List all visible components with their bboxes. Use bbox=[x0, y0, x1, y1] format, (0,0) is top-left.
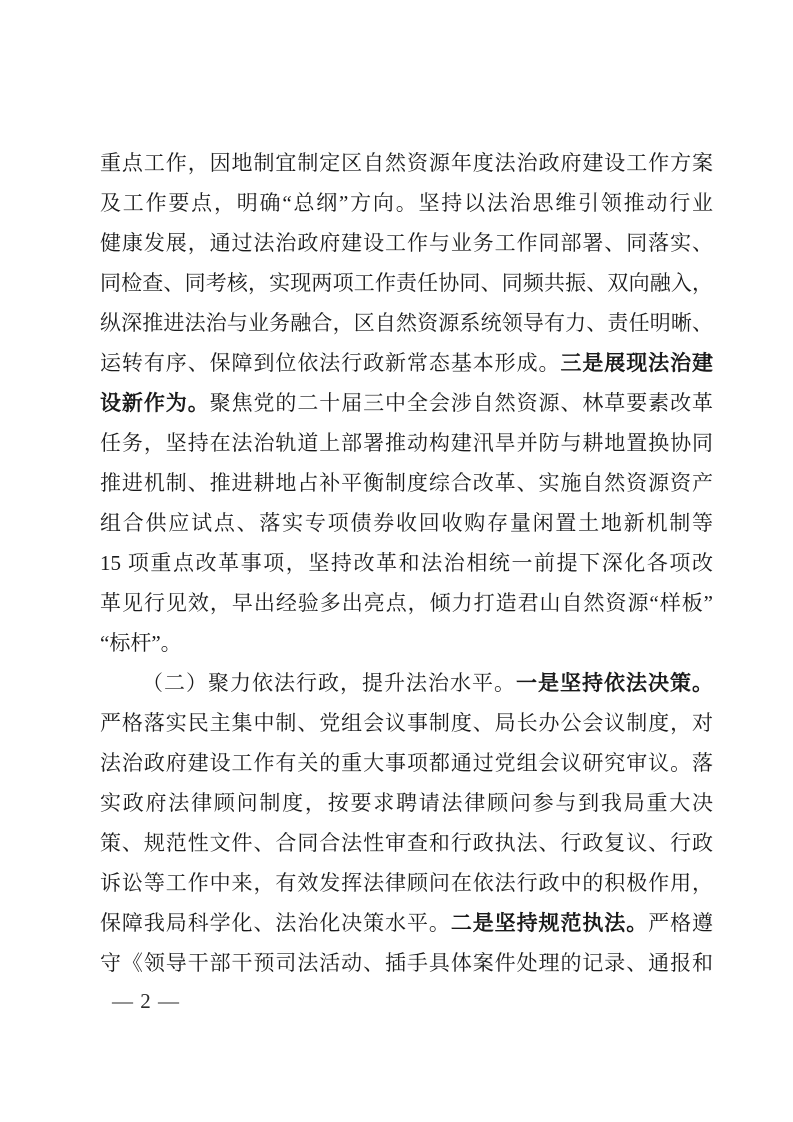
text-segment: 运转有序、保障到位依法行政新常态基本形成。 bbox=[100, 351, 560, 375]
text-line: 设新作为。聚焦党的二十届三中全会涉自然资源、林草要素改革 bbox=[100, 383, 713, 423]
text-segment: 设新作为。 bbox=[100, 391, 210, 415]
text-segment: “标杆”。 bbox=[100, 631, 182, 655]
text-segment: 聚焦党的二十届三中全会涉自然资源、林草要素改革 bbox=[210, 391, 713, 415]
text-segment: 健康发展，通过法治政府建设工作与业务工作同部署、同落实、 bbox=[100, 231, 713, 255]
page-footer: — 2 — bbox=[112, 988, 180, 1014]
text-segment: 15 项重点改革事项，坚持改革和法治相统一前提下深化各项改 bbox=[100, 551, 713, 575]
text-line: 重点工作，因地制宜制定区自然资源年度法治政府建设工作方案 bbox=[100, 143, 713, 183]
text-line: 及工作要点，明确“总纲”方向。坚持以法治思维引领推动行业 bbox=[100, 183, 713, 223]
text-line: 革见行见效，早出经验多出亮点，倾力打造君山自然资源“样板” bbox=[100, 583, 713, 623]
text-line: 实政府法律顾问制度，按要求聘请法律顾问参与到我局重大决 bbox=[100, 783, 713, 823]
text-segment: 任务，坚持在法治轨道上部署推动构建汛旱并防与耕地置换协同 bbox=[100, 431, 713, 455]
text-segment: 守《领导干部干预司法活动、插手具体案件处理的记录、通报和 bbox=[100, 951, 713, 975]
page-number: — 2 — bbox=[112, 989, 180, 1013]
text-segment: （二）聚力依法行政，提升法治水平。 bbox=[142, 671, 516, 695]
text-line: 守《领导干部干预司法活动、插手具体案件处理的记录、通报和 bbox=[100, 943, 713, 983]
body-text: 重点工作，因地制宜制定区自然资源年度法治政府建设工作方案及工作要点，明确“总纲”… bbox=[100, 143, 713, 983]
text-segment: 一是坚持依法决策。 bbox=[516, 671, 713, 695]
text-line: 诉讼等工作中来，有效发挥法律顾问在依法行政中的积极作用， bbox=[100, 863, 713, 903]
text-segment: 实政府法律顾问制度，按要求聘请法律顾问参与到我局重大决 bbox=[100, 791, 713, 815]
text-segment: 组合供应试点、落实专项债券收回收购存量闲置土地新机制等 bbox=[100, 511, 713, 535]
text-segment: 诉讼等工作中来，有效发挥法律顾问在依法行政中的积极作用， bbox=[100, 871, 713, 895]
text-line: 推进机制、推进耕地占补平衡制度综合改革、实施自然资源资产 bbox=[100, 463, 713, 503]
text-segment: 三是展现法治建 bbox=[560, 351, 713, 375]
text-segment: 推进机制、推进耕地占补平衡制度综合改革、实施自然资源资产 bbox=[100, 471, 713, 495]
text-line: 15 项重点改革事项，坚持改革和法治相统一前提下深化各项改 bbox=[100, 543, 713, 583]
text-segment: 二是坚持规范执法。 bbox=[451, 911, 648, 935]
text-segment: 法治政府建设工作有关的重大事项都通过党组会议研究审议。落 bbox=[100, 751, 713, 775]
text-segment: 重点工作，因地制宜制定区自然资源年度法治政府建设工作方案 bbox=[100, 151, 713, 175]
text-line: 组合供应试点、落实专项债券收回收购存量闲置土地新机制等 bbox=[100, 503, 713, 543]
text-line: 同检查、同考核，实现两项工作责任协同、同频共振、双向融入， bbox=[100, 263, 713, 303]
document-page: 重点工作，因地制宜制定区自然资源年度法治政府建设工作方案及工作要点，明确“总纲”… bbox=[0, 0, 793, 1122]
text-line: 策、规范性文件、合同合法性审查和行政执法、行政复议、行政 bbox=[100, 823, 713, 863]
text-line: 保障我局科学化、法治化决策水平。二是坚持规范执法。严格遵 bbox=[100, 903, 713, 943]
text-segment: 严格遵 bbox=[648, 911, 713, 935]
text-segment: 及工作要点，明确“总纲”方向。坚持以法治思维引领推动行业 bbox=[100, 191, 713, 215]
text-line: 运转有序、保障到位依法行政新常态基本形成。三是展现法治建 bbox=[100, 343, 713, 383]
text-line: 任务，坚持在法治轨道上部署推动构建汛旱并防与耕地置换协同 bbox=[100, 423, 713, 463]
text-line: 法治政府建设工作有关的重大事项都通过党组会议研究审议。落 bbox=[100, 743, 713, 783]
text-segment: 保障我局科学化、法治化决策水平。 bbox=[100, 911, 451, 935]
text-line: 健康发展，通过法治政府建设工作与业务工作同部署、同落实、 bbox=[100, 223, 713, 263]
text-line: 严格落实民主集中制、党组会议事制度、局长办公会议制度，对 bbox=[100, 703, 713, 743]
text-segment: 同检查、同考核，实现两项工作责任协同、同频共振、双向融入， bbox=[100, 271, 713, 295]
text-segment: 严格落实民主集中制、党组会议事制度、局长办公会议制度，对 bbox=[100, 711, 713, 735]
text-segment: 革见行见效，早出经验多出亮点，倾力打造君山自然资源“样板” bbox=[100, 591, 713, 615]
text-line: 纵深推进法治与业务融合，区自然资源系统领导有力、责任明晰、 bbox=[100, 303, 713, 343]
text-line: （二）聚力依法行政，提升法治水平。一是坚持依法决策。 bbox=[100, 663, 713, 703]
text-segment: 纵深推进法治与业务融合，区自然资源系统领导有力、责任明晰、 bbox=[100, 311, 713, 335]
text-segment: 策、规范性文件、合同合法性审查和行政执法、行政复议、行政 bbox=[100, 831, 713, 855]
text-line: “标杆”。 bbox=[100, 623, 713, 663]
